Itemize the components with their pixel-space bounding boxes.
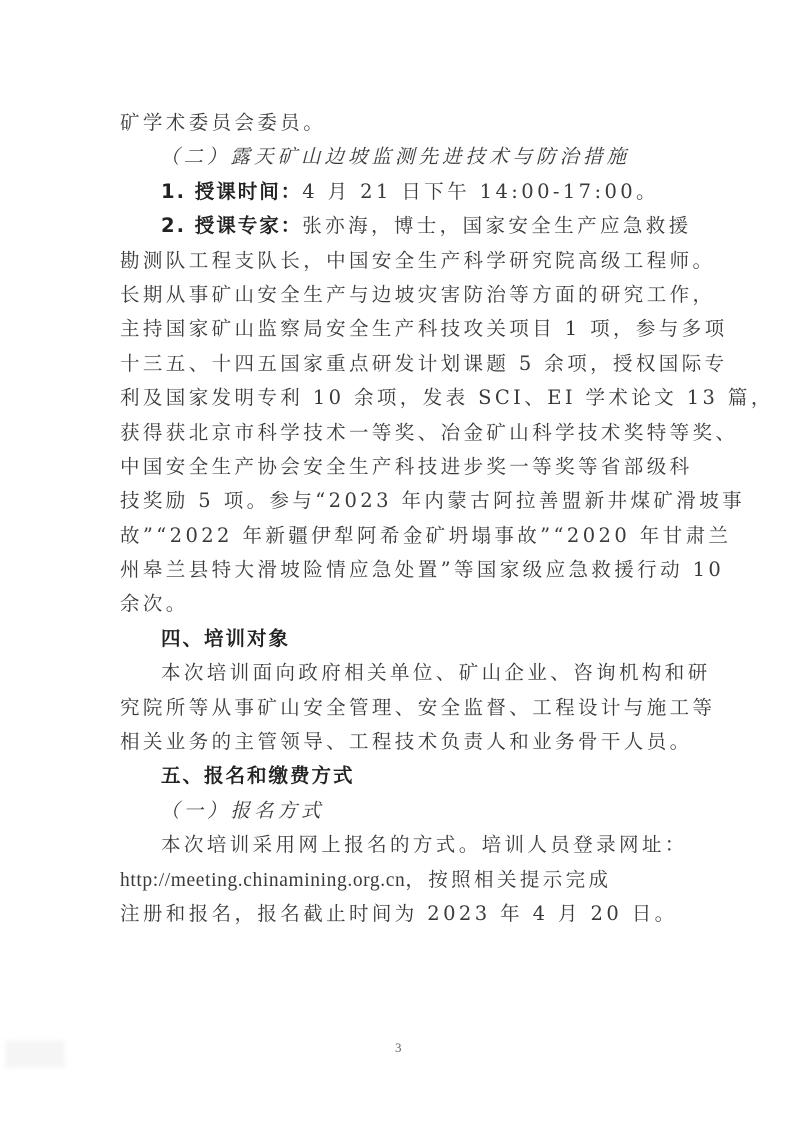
scan-smudge [5, 1040, 65, 1068]
field-label: 2. 授课专家： [161, 214, 302, 237]
paragraph-text: ，按照相关提示完成 [405, 868, 611, 891]
field-label: 1. 授课时间： [161, 180, 302, 203]
registration-url[interactable]: http://meeting.chinamining.org.cn [120, 870, 405, 891]
paragraph-line: 主持国家矿山监察局安全生产科技攻关项目 1 项，参与多项 [120, 312, 672, 346]
subsection-heading: （一）报名方式 [120, 794, 672, 828]
paragraph-line: 勘测队工程支队长，中国安全生产科学研究院高级工程师。 [120, 244, 672, 278]
paragraph-line: 州皋兰县特大滑坡险情应急处置”等国家级应急救援行动 10 [120, 553, 672, 587]
paragraph-line: 故”“2022 年新疆伊犁阿希金矿坍塌事故”“2020 年甘肃兰 [120, 519, 672, 553]
document-body: 矿学术委员会委员。 （二）露天矿山边坡监测先进技术与防治措施 1. 授课时间：4… [120, 106, 672, 931]
field-value: 张亦海，博士，国家安全生产应急救援 [302, 214, 691, 237]
course-time-line: 1. 授课时间：4 月 21 日下午 14:00-17:00。 [120, 175, 672, 209]
paragraph-line: 本次培训采用网上报名的方式。培训人员登录网址： [120, 828, 672, 862]
section-heading: 四、培训对象 [120, 622, 672, 656]
document-page: 矿学术委员会委员。 （二）露天矿山边坡监测先进技术与防治措施 1. 授课时间：4… [0, 0, 800, 1130]
paragraph-line: 技奖励 5 项。参与“2023 年内蒙古阿拉善盟新井煤矿滑坡事 [120, 484, 672, 518]
paragraph-line: 注册和报名，报名截止时间为 2023 年 4 月 20 日。 [120, 897, 672, 931]
paragraph-line: 本次培训面向政府相关单位、矿山企业、咨询机构和研 [120, 656, 672, 690]
paragraph-line: 利及国家发明专利 10 余项，发表 SCI、EI 学术论文 13 篇， [120, 381, 672, 415]
paragraph-line: 长期从事矿山安全生产与边坡灾害防治等方面的研究工作， [120, 278, 672, 312]
url-line: http://meeting.chinamining.org.cn，按照相关提示… [120, 863, 672, 897]
paragraph-line: 获得获北京市科学技术一等奖、冶金矿山科学技术奖特等奖、 [120, 416, 672, 450]
field-value: 4 月 21 日下午 14:00-17:00。 [302, 180, 659, 203]
course-expert-line: 2. 授课专家：张亦海，博士，国家安全生产应急救援 [120, 209, 672, 243]
paragraph-line: 余次。 [120, 587, 672, 621]
page-number: 3 [395, 1040, 402, 1056]
paragraph-line: 相关业务的主管领导、工程技术负责人和业务骨干人员。 [120, 725, 672, 759]
subsection-heading: （二）露天矿山边坡监测先进技术与防治措施 [120, 140, 672, 174]
paragraph-line: 十三五、十四五国家重点研发计划课题 5 余项，授权国际专 [120, 347, 672, 381]
paragraph-line: 中国安全生产协会安全生产科技进步奖一等奖等省部级科 [120, 450, 672, 484]
paragraph-line: 矿学术委员会委员。 [120, 106, 672, 140]
section-heading: 五、报名和缴费方式 [120, 759, 672, 793]
paragraph-line: 究院所等从事矿山安全管理、安全监督、工程设计与施工等 [120, 691, 672, 725]
